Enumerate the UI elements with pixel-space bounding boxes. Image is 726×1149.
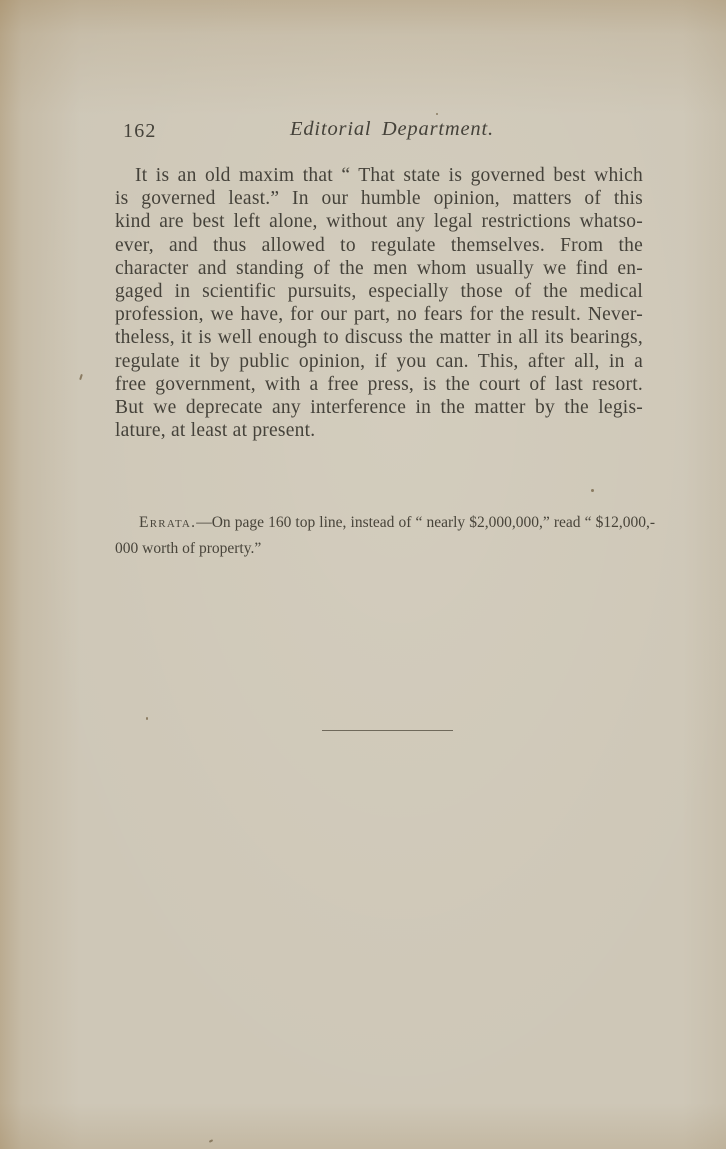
paragraph-line: theless, it is well enough to discuss th… xyxy=(115,326,643,349)
errata-line: 000 worth of property.” xyxy=(115,536,655,562)
paragraph-line: ever, and thus allowed to regulate thems… xyxy=(115,234,643,257)
errata-note: Errata.—On page 160 top line, instead of… xyxy=(115,510,655,562)
running-title: Editorial Department. xyxy=(115,118,643,141)
editorial-paragraph: It is an old maxim that “ That state is … xyxy=(115,164,643,442)
errata-text: —On page 160 top line, instead of “ near… xyxy=(196,514,655,531)
paper-speck xyxy=(146,717,148,720)
running-header: 162 Editorial Department. xyxy=(115,118,643,144)
scanned-book-page: 162 Editorial Department. It is an old m… xyxy=(0,0,726,1149)
paragraph-line: lature, at least at present. xyxy=(115,419,643,442)
errata-line: Errata.—On page 160 top line, instead of… xyxy=(115,510,655,536)
paragraph-line: regulate it by public opinion, if you ca… xyxy=(115,350,643,373)
paper-speck xyxy=(209,1139,213,1143)
paper-speck xyxy=(436,113,438,115)
paper-speck xyxy=(591,489,594,492)
paper-speck xyxy=(79,374,83,380)
separator-rule xyxy=(322,730,453,731)
paragraph-line: But we deprecate any interference in the… xyxy=(115,396,643,419)
paragraph-line: character and standing of the men whom u… xyxy=(115,257,643,280)
page-number: 162 xyxy=(123,120,157,143)
paragraph-line: gaged in scientific pursuits, especially… xyxy=(115,280,643,303)
errata-label: Errata. xyxy=(139,514,196,531)
paragraph-line: is governed least.” In our humble opinio… xyxy=(115,187,643,210)
paragraph-line: free government, with a free press, is t… xyxy=(115,373,643,396)
paragraph-line: profession, we have, for our part, no fe… xyxy=(115,303,643,326)
paragraph-line: It is an old maxim that “ That state is … xyxy=(115,164,643,187)
paragraph-line: kind are best left alone, without any le… xyxy=(115,210,643,233)
